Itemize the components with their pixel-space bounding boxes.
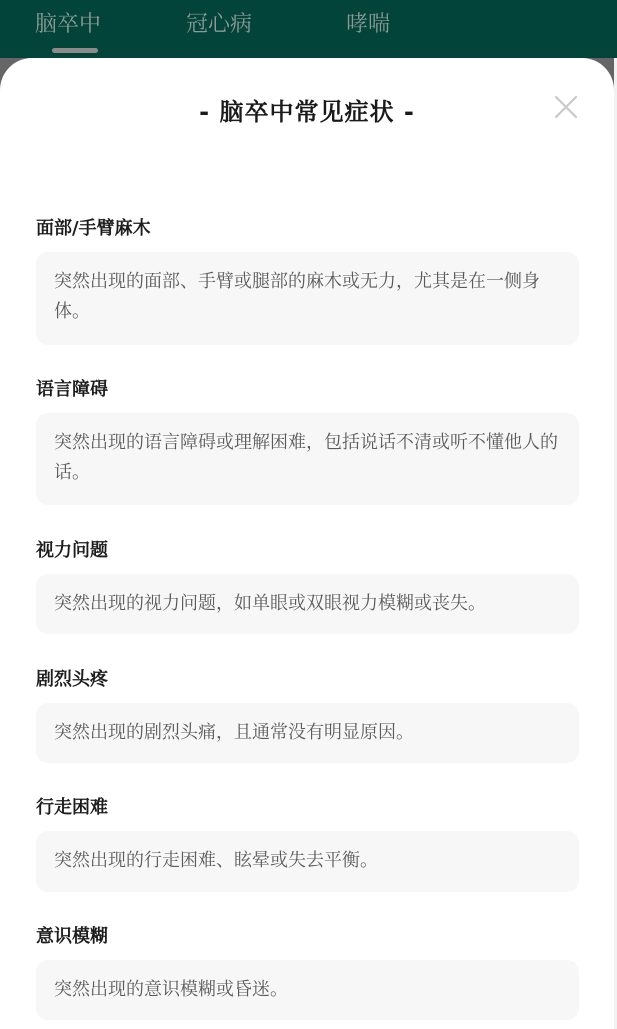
symptoms-bottom-sheet: - 脑卒中常见症状 - 面部/手臂麻木 突然出现的面部、手臂或腿部的麻木或无力，… bbox=[0, 58, 614, 1029]
symptom-title: 意识模糊 bbox=[36, 925, 108, 949]
symptom-description: 突然出现的语言障碍或理解困难，包括说话不清或听不懂他人的话。 bbox=[54, 428, 561, 488]
symptom-title: 面部/手臂麻木 bbox=[36, 217, 151, 241]
disease-tab-bar: 脑卒中 冠心病 哮喘 bbox=[0, 0, 617, 58]
tab-coronary-heart-disease[interactable]: 冠心病 bbox=[186, 10, 252, 40]
symptom-title: 语言障碍 bbox=[36, 378, 108, 402]
symptom-title: 行走困难 bbox=[36, 796, 108, 820]
close-icon bbox=[552, 93, 580, 121]
symptom-description: 突然出现的意识模糊或昏迷。 bbox=[54, 975, 561, 1005]
symptom-card: 突然出现的剧烈头痛，且通常没有明显原因。 bbox=[36, 703, 579, 763]
symptom-card: 突然出现的面部、手臂或腿部的麻木或无力，尤其是在一侧身体。 bbox=[36, 252, 579, 345]
symptom-title: 视力问题 bbox=[36, 539, 108, 563]
symptom-card: 突然出现的意识模糊或昏迷。 bbox=[36, 960, 579, 1020]
close-button[interactable] bbox=[552, 93, 580, 121]
symptom-description: 突然出现的剧烈头痛，且通常没有明显原因。 bbox=[54, 718, 561, 748]
symptom-description: 突然出现的视力问题，如单眼或双眼视力模糊或丧失。 bbox=[54, 589, 561, 619]
symptom-card: 突然出现的行走困难、眩晕或失去平衡。 bbox=[36, 831, 579, 892]
symptom-title: 剧烈头疼 bbox=[36, 668, 108, 692]
app-root: 脑卒中 冠心病 哮喘 - 脑卒中常见症状 - 面部/手臂麻木 突然出现的面部、手… bbox=[0, 0, 617, 1029]
symptom-description: 突然出现的面部、手臂或腿部的麻木或无力，尤其是在一侧身体。 bbox=[54, 267, 561, 327]
sheet-title: - 脑卒中常见症状 - bbox=[0, 95, 614, 129]
tab-asthma[interactable]: 哮喘 bbox=[346, 10, 390, 40]
symptom-card: 突然出现的视力问题，如单眼或双眼视力模糊或丧失。 bbox=[36, 574, 579, 634]
symptom-card: 突然出现的语言障碍或理解困难，包括说话不清或听不懂他人的话。 bbox=[36, 413, 579, 505]
tab-stroke[interactable]: 脑卒中 bbox=[35, 10, 101, 40]
symptom-description: 突然出现的行走困难、眩晕或失去平衡。 bbox=[54, 846, 561, 876]
active-tab-indicator bbox=[52, 48, 98, 53]
